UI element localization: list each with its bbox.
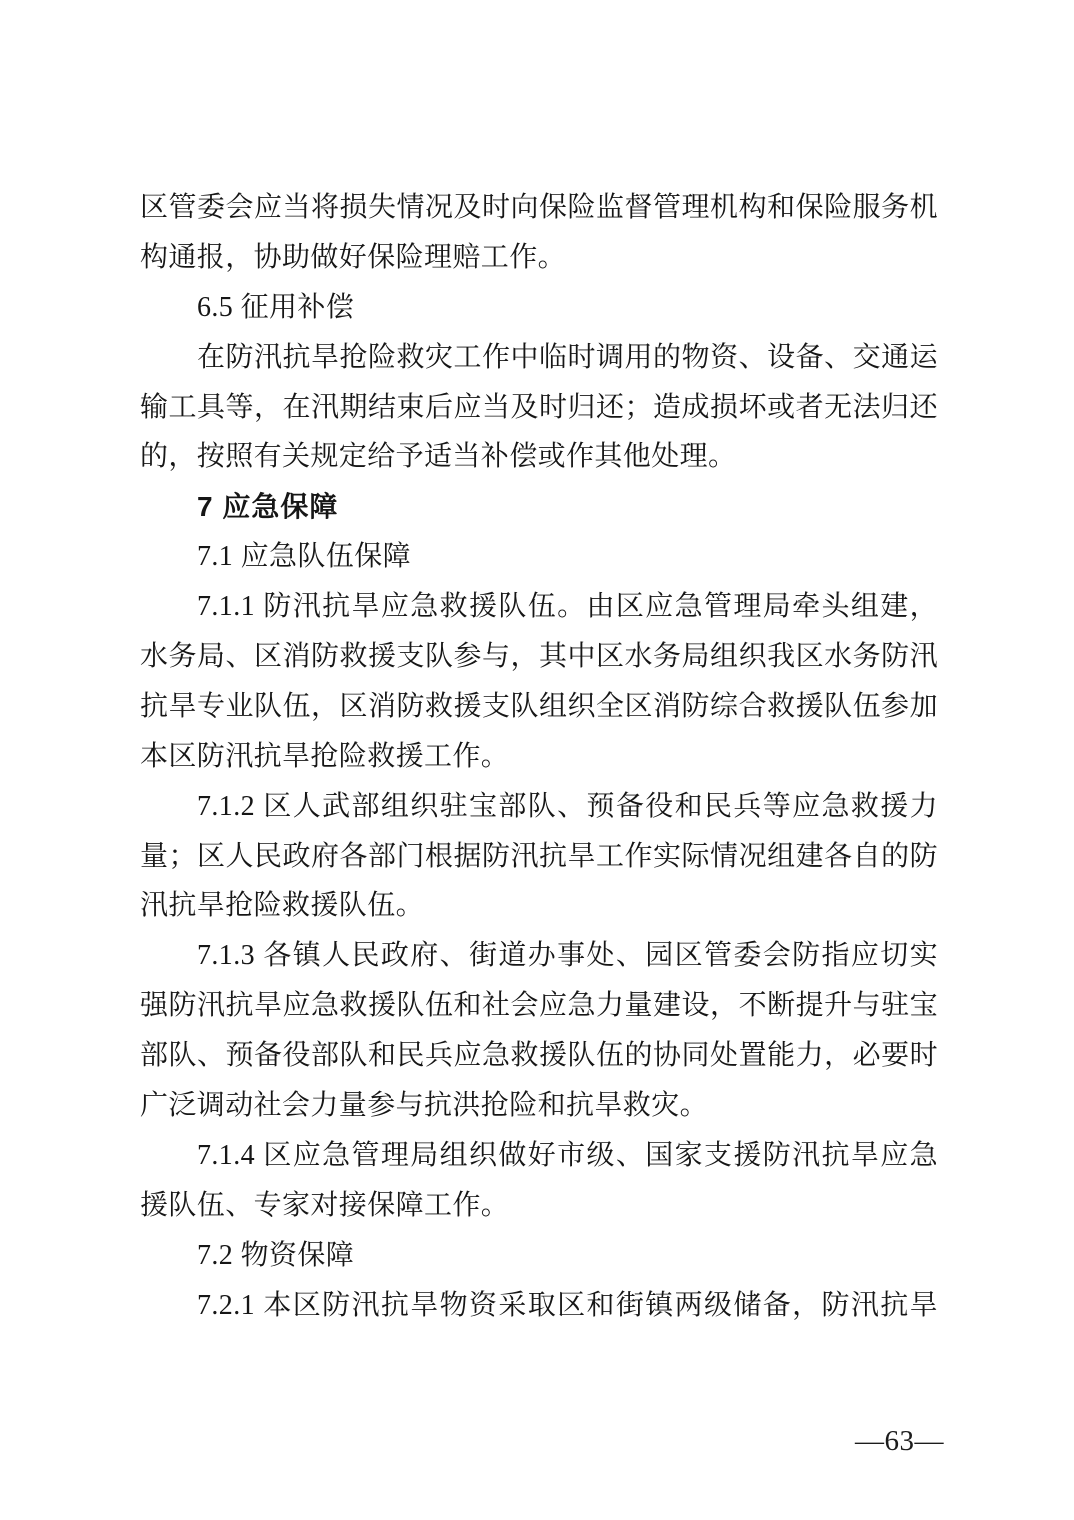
paragraph-line: 部队、预备役部队和民兵应急救援队伍的协同处置能力，必要时 [140,1031,938,1081]
paragraph-line: 7.1.2 区人武部组织驻宝部队、预备役和民兵等应急救援力 [140,782,938,832]
text-block: 区管委会应当将损失情况及时向保险监督管理机构和保险服务机 构通报，协助做好保险理… [140,183,938,1330]
paragraph-line: 7.2.1 本区防汛抗旱物资采取区和街镇两级储备，防汛抗旱抢 [140,1281,938,1331]
paragraph-line: 7.1.3 各镇人民政府、街道办事处、园区管委会防指应切实加 [140,931,938,981]
section-heading-7-2: 7.2 物资保障 [140,1231,938,1281]
paragraph-line: 水务局、区消防救援支队参与，其中区水务局组织我区水务防汛 [140,632,938,682]
paragraph-line: 广泛调动社会力量参与抗洪抢险和抗旱救灾。 [140,1081,938,1131]
paragraph-line: 7.1.1 防汛抗旱应急救援队伍。由区应急管理局牵头组建，区 [140,582,938,632]
paragraph-line: 量；区人民政府各部门根据防汛抗旱工作实际情况组建各自的防 [140,832,938,882]
paragraph-line: 区管委会应当将损失情况及时向保险监督管理机构和保险服务机 [140,183,938,233]
document-page: 区管委会应当将损失情况及时向保险监督管理机构和保险服务机 构通报，协助做好保险理… [0,0,1074,1520]
page-number: —63— [855,1424,944,1458]
paragraph-line: 7.1.4 区应急管理局组织做好市级、国家支援防汛抗旱应急救 [140,1131,938,1181]
section-heading-7: 7 应急保障 [140,482,938,532]
paragraph-line: 本区防汛抗旱抢险救援工作。 [140,732,938,782]
section-heading-7-1: 7.1 应急队伍保障 [140,532,938,582]
section-heading-6-5: 6.5 征用补偿 [140,283,938,333]
paragraph-line: 的，按照有关规定给予适当补偿或作其他处理。 [140,432,938,482]
paragraph-line: 援队伍、专家对接保障工作。 [140,1181,938,1231]
paragraph-line: 强防汛抗旱应急救援队伍和社会应急力量建设，不断提升与驻宝 [140,981,938,1031]
paragraph-line: 抗旱专业队伍，区消防救援支队组织全区消防综合救援队伍参加 [140,682,938,732]
paragraph-line: 构通报，协助做好保险理赔工作。 [140,233,938,283]
paragraph-line: 汛抗旱抢险救援队伍。 [140,881,938,931]
paragraph-line: 在防汛抗旱抢险救灾工作中临时调用的物资、设备、交通运 [140,333,938,383]
paragraph-line: 输工具等，在汛期结束后应当及时归还；造成损坏或者无法归还 [140,383,938,433]
